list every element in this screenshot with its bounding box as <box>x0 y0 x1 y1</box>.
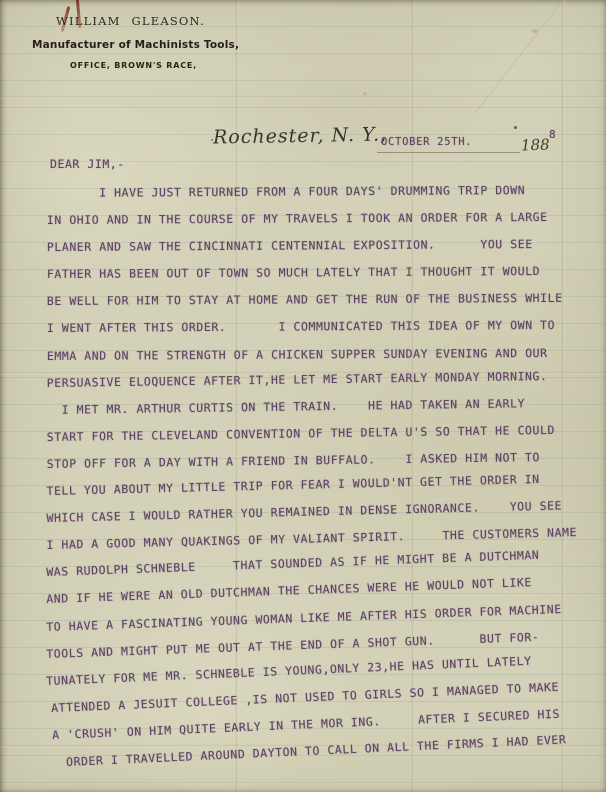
body-line: IN OHIO AND IN THE COURSE OF MY TRAVELS … <box>47 210 578 240</box>
dateline-place: Rochester, N. Y., <box>213 123 388 148</box>
letterhead-office-line: OFFICE, BROWN'S RACE, <box>70 61 197 70</box>
salutation: DEAR JIM,- <box>50 157 125 171</box>
stain-speck <box>532 29 538 33</box>
dateline-year-printed: 188 <box>521 136 550 155</box>
letterhead-business-line: Manufacturer of Machinists Tools, <box>32 39 239 51</box>
body-line: PLANER AND SAW THE CINCINNATI CENTENNIAL… <box>47 237 578 267</box>
dateline-date-typed: OCTOBER 25TH. <box>381 136 472 148</box>
body-line: BE WELL FOR HIM TO STAY AT HOME AND GET … <box>47 291 578 321</box>
body-line: I WENT AFTER THIS ORDER. I COMMUNICATED … <box>47 318 578 348</box>
letterhead-name: WILLIAM GLEASON. <box>56 14 205 28</box>
letter-body: I HAVE JUST RETURNED FROM A FOUR DAYS' D… <box>47 186 578 782</box>
dateline-underline <box>377 152 520 153</box>
body-line: FATHER HAS BEEN OUT OF TOWN SO MUCH LATE… <box>47 264 578 294</box>
stain-speck <box>363 92 367 95</box>
dateline-year-typed-digit: 8 <box>549 128 556 141</box>
paper-crease-horizontal <box>0 95 606 99</box>
letter-page: WILLIAM GLEASON. Manufacturer of Machini… <box>0 0 606 792</box>
ink-speck <box>514 126 517 129</box>
body-line: I HAVE JUST RETURNED FROM A FOUR DAYS' D… <box>47 183 578 213</box>
